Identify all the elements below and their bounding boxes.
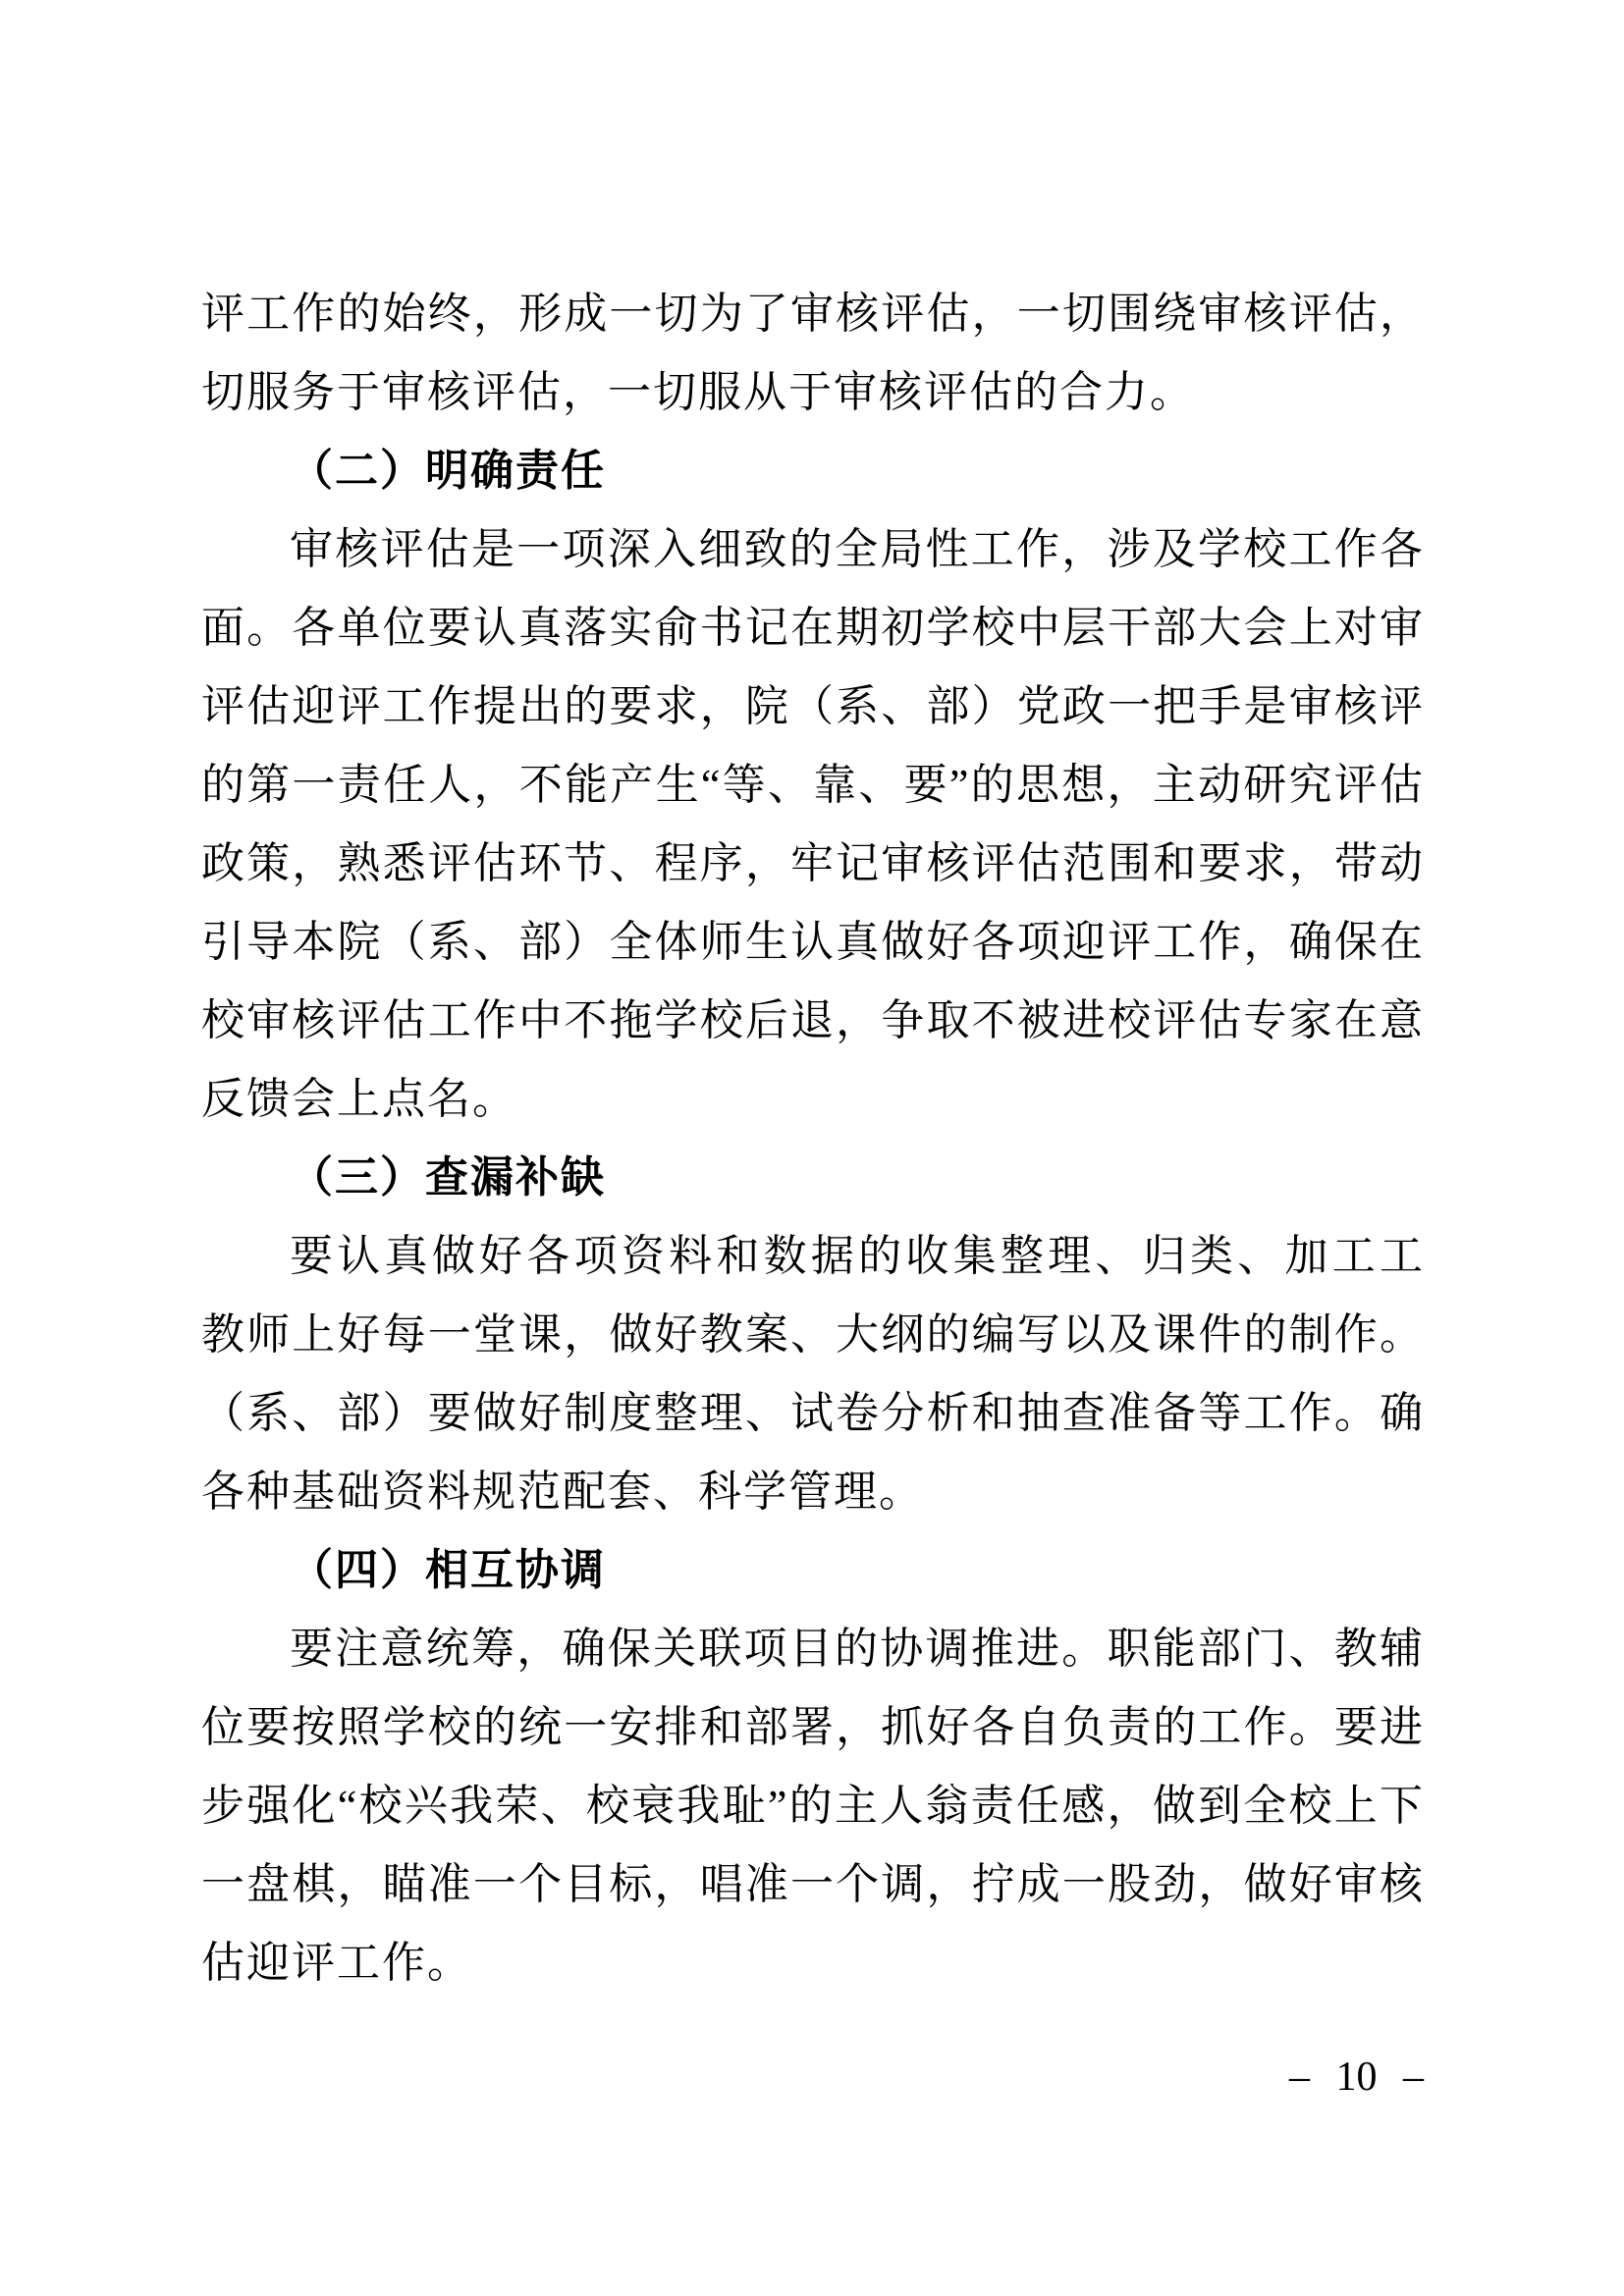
body-line: 要注意统筹，确保关联项目的协调推进。职能部门、教辅单 (201, 1610, 1425, 1688)
document-page: 评工作的始终，形成一切为了审核评估，一切围绕审核评估，一切服务于审核评估，一切服… (0, 0, 1624, 2296)
body-line: 各种基础资料规范配套、科学管理。 (201, 1453, 1425, 1531)
body-line: 要认真做好各项资料和数据的收集整理、归类、加工工作， (201, 1217, 1425, 1296)
body-line: 一盘棋，瞄准一个目标，唱准一个调，拧成一股劲，做好审核评 (201, 1845, 1425, 1924)
body-line: 步强化“校兴我荣、校衰我耻”的主人翁责任感，做到全校上下 (201, 1767, 1425, 1845)
section-heading: （四）相互协调 (201, 1531, 1425, 1610)
body-line: 评工作的始终，形成一切为了审核评估，一切围绕审核评估，一 (201, 275, 1425, 353)
body-line: 引导本院（系、部）全体师生认真做好各项迎评工作，确保在学 (201, 903, 1425, 982)
body-line: 估迎评工作。 (201, 1924, 1425, 2002)
body-line: （系、部）要做好制度整理、试卷分析和抽查准备等工作。确保 (201, 1374, 1425, 1453)
body-line: 政策，熟悉评估环节、程序，牢记审核评估范围和要求，带动和 (201, 825, 1425, 903)
body-line: 校审核评估工作中不拖学校后退，争取不被进校评估专家在意见 (201, 982, 1425, 1060)
body-line: 面。各单位要认真落实俞书记在期初学校中层干部大会上对审核 (201, 589, 1425, 667)
body-line: 切服务于审核评估，一切服从于审核评估的合力。 (201, 353, 1425, 432)
body-line: 审核评估是一项深入细致的全局性工作，涉及学校工作各方 (201, 510, 1425, 589)
body-line: 的第一责任人，不能产生“等、靠、要”的思想，主动研究评估 (201, 746, 1425, 825)
section-heading: （三）查漏补缺 (201, 1139, 1425, 1217)
section-heading: （二）明确责任 (201, 432, 1425, 510)
body-line: 教师上好每一堂课，做好教案、大纲的编写以及课件的制作。院 (201, 1296, 1425, 1374)
body-line: 评估迎评工作提出的要求，院（系、部）党政一把手是审核评估 (201, 667, 1425, 746)
page-number: – 10 – (1289, 2052, 1424, 2103)
document-body: 评工作的始终，形成一切为了审核评估，一切围绕审核评估，一切服务于审核评估，一切服… (201, 275, 1425, 2002)
body-line: 位要按照学校的统一安排和部署，抓好各自负责的工作。要进一 (201, 1688, 1425, 1767)
body-line: 反馈会上点名。 (201, 1060, 1425, 1139)
